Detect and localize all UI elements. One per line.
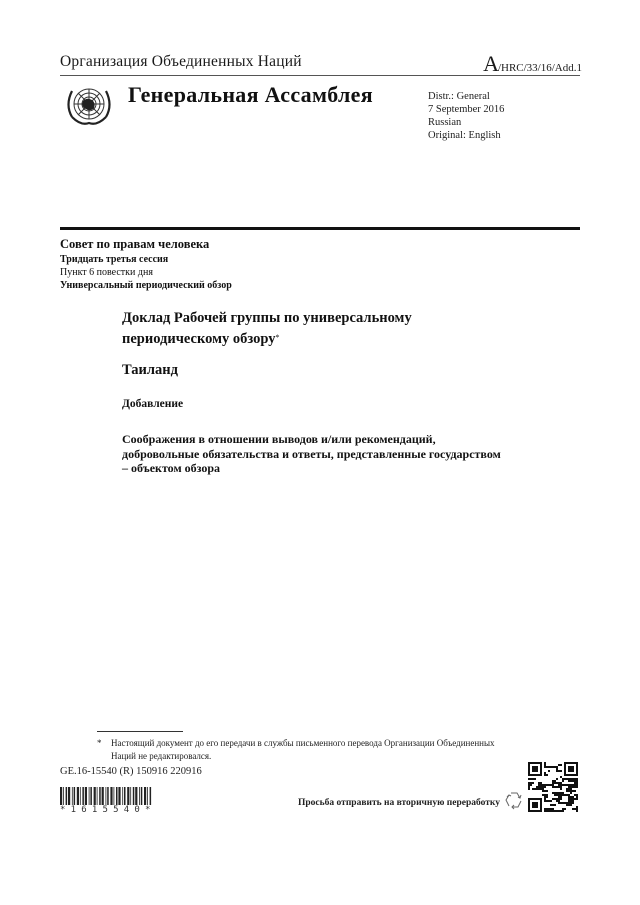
barcode-number: *1615540* [60, 805, 156, 815]
recycle-note: Просьба отправить на вторичную переработ… [298, 798, 500, 808]
symbol-rest: /HRC/33/16/Add.1 [498, 62, 582, 74]
qr-code-icon [528, 762, 578, 812]
barcode-icon [60, 787, 152, 805]
organization-name: Организация Объединенных Наций [60, 53, 302, 71]
distribution-block: Distr.: General 7 September 2016 Russian… [428, 90, 504, 142]
footnote-rule [97, 731, 183, 732]
council-name: Совет по правам человека [60, 237, 209, 252]
document-symbol: A/HRC/33/16/Add.1 [483, 51, 582, 77]
subject-heading: Соображения в отношении выводов и/или ре… [122, 432, 502, 476]
country-name: Таиланд [122, 362, 178, 379]
footnote-ref: * [275, 333, 279, 342]
section-rule [60, 227, 580, 230]
report-title: Доклад Рабочей группы по универсальному … [122, 309, 482, 349]
language-line: Russian [428, 116, 504, 129]
job-number: GE.16-15540 (R) 150916 220916 [60, 766, 202, 777]
distr-line: Distr.: General [428, 90, 504, 103]
header-rule [60, 75, 580, 76]
date-line: 7 September 2016 [428, 103, 504, 116]
topic: Универсальный периодический обзор [60, 280, 232, 291]
footnote: * Настоящий документ до его передачи в с… [111, 737, 511, 763]
addendum-label: Добавление [122, 398, 183, 410]
symbol-prefix: A [483, 51, 498, 76]
footnote-marker: * [97, 737, 102, 750]
footnote-text: Настоящий документ до его передачи в слу… [111, 738, 495, 761]
assembly-title: Генеральная Ассамблея [128, 82, 373, 108]
report-title-text: Доклад Рабочей группы по универсальному … [122, 310, 412, 347]
original-line: Original: English [428, 129, 504, 142]
recycle-icon [503, 789, 525, 811]
un-emblem-icon [63, 81, 115, 129]
session-name: Тридцать третья сессия [60, 254, 168, 265]
agenda-item: Пункт 6 повестки дня [60, 267, 153, 278]
